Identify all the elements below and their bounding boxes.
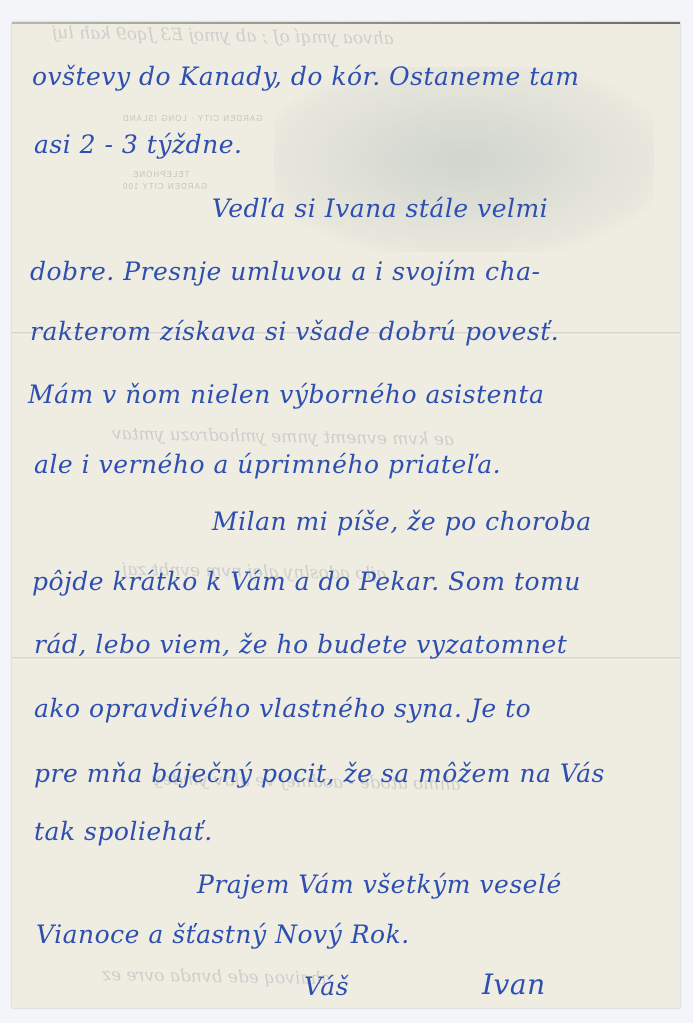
letterhead-telephone-value: GARDEN CITY 100 [122,182,207,191]
letter-line-1: ovštevy do Kanady, do kór. Ostaneme tam [32,62,579,91]
letter-line-3: Vedľa si Ivana stále velmi [212,194,548,223]
letter-page: GARDEN CITY · LONG ISLAND TELEPHONE GARD… [12,22,680,1008]
reverse-side-bleedthrough: ae kvm evnemt ynme ymhodrozu ymtav [112,424,454,450]
signature: Ivan [482,968,546,1001]
letter-line-11: ako opravdivého vlastného syna. Je to [34,694,531,723]
letter-line-2: asi 2 - 3 týždne. [34,130,242,159]
letter-line-12: pre mňa báječný pocit, že sa môžem na Vá… [34,759,605,788]
letter-line-13: tak spoliehať. [34,817,213,846]
letter-line-9: pôjde krátko k Vám a do Pekar. Som tomu [32,567,581,596]
letter-line-4: dobre. Presnje umluvou a i svojím cha- [30,257,540,286]
letterhead-address: GARDEN CITY · LONG ISLAND [122,114,262,123]
closing-salutation: Váš [304,972,349,1001]
reverse-side-bleedthrough: ahaivoq ede bvnda ovre ez [102,965,332,989]
letter-line-5: rakterom získava si všade dobrú povesť. [30,317,559,346]
letter-line-6: Mám v ňom nielen výborného asistenta [28,380,544,409]
letter-line-15: Vianoce a šťastný Nový Rok. [36,920,410,949]
letter-line-14: Prajem Vám všetkým veselé [197,870,562,899]
letter-line-8: Milan mi píše, že po choroba [212,507,592,536]
letterhead-image-bleedthrough [274,67,654,252]
letterhead-telephone-label: TELEPHONE [132,170,189,179]
letter-line-10: rád, lebo viem, že ho budete vyzatomnet [34,630,567,659]
letter-line-7: ale i verného a úprimného priateľa. [34,450,501,479]
reverse-side-bleedthrough: ahvoa ymqí oJ ; ab ymoj E3 Jqo9 kah luj [52,23,394,49]
